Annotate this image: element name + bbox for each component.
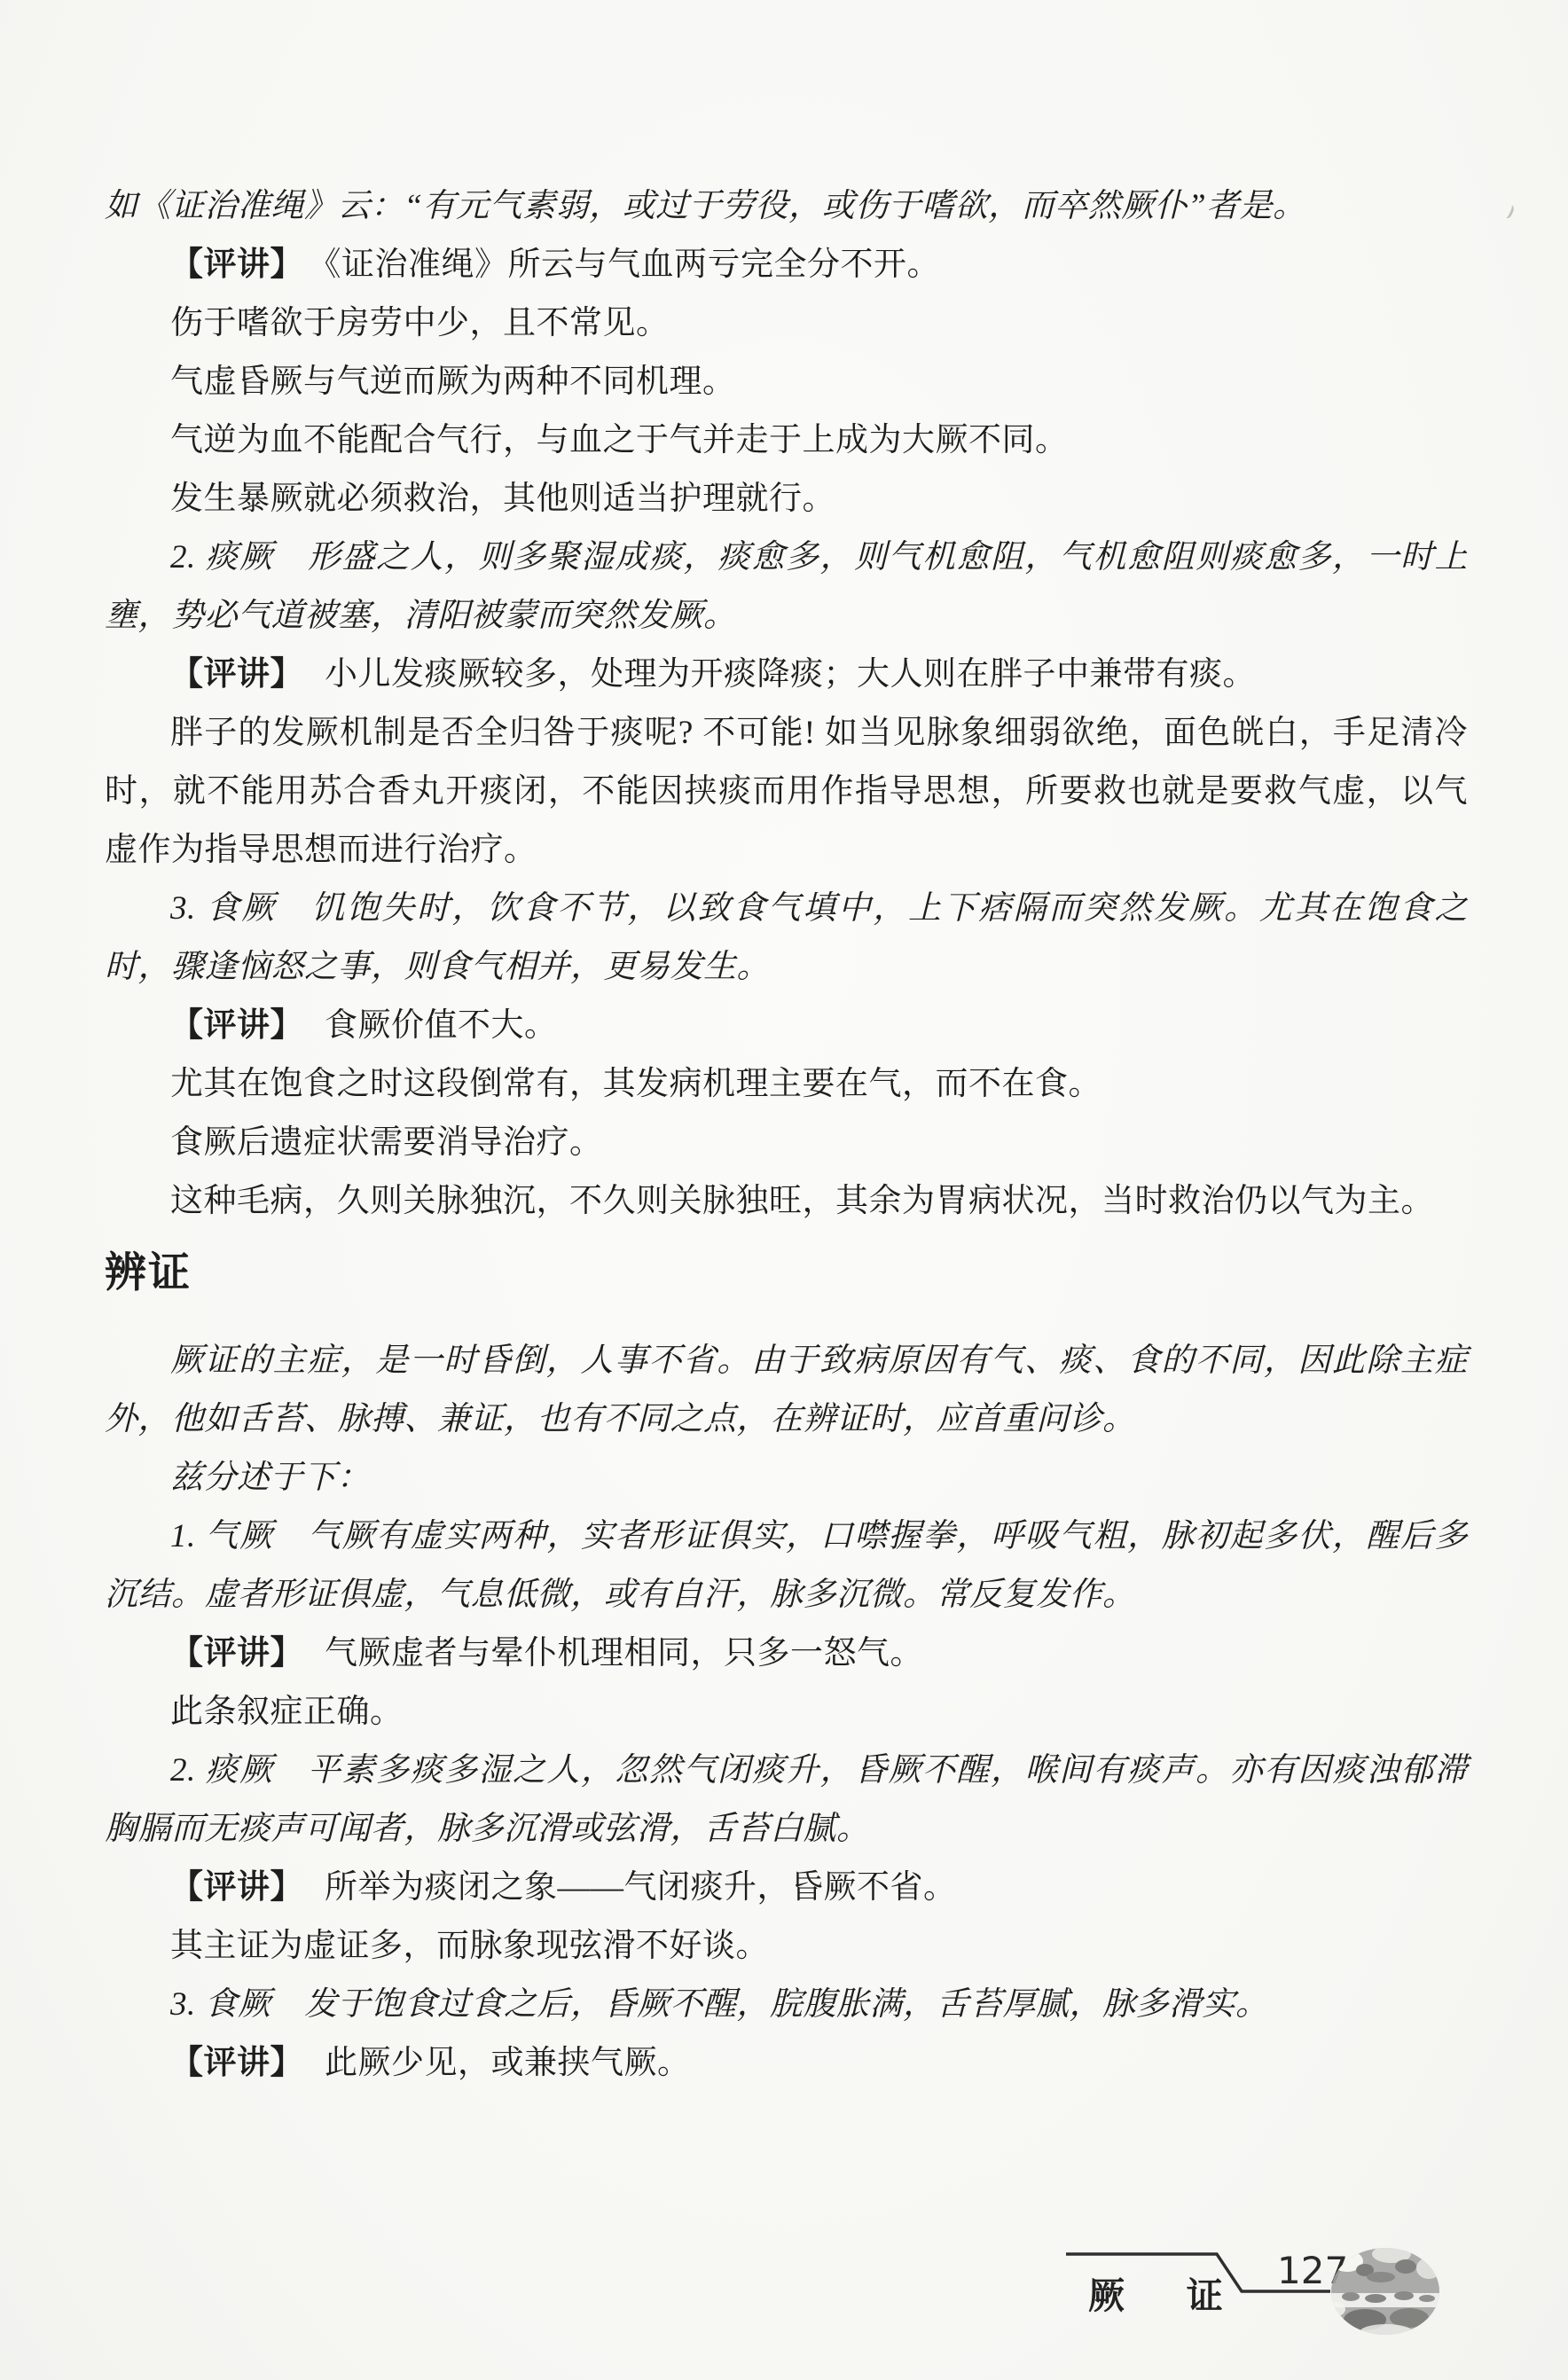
paragraph-text: 3. 食厥 发于饱食过食之后，昏厥不醒，脘腹胀满，舌苔厚腻，脉多滑实。 (170, 1986, 1269, 2023)
paragraph-text: 发生暴厥就必须救治，其他则适当护理就行。 (170, 481, 835, 517)
paragraph-text: 气虚昏厥与气逆而厥为两种不同机理。 (170, 364, 736, 400)
paragraph: 2. 痰厥 形盛之人，则多聚湿成痰，痰愈多，则气机愈阻，气机愈阻则痰愈多，一时上… (105, 528, 1468, 646)
paragraph-text: 《证治准绳》所云与气血两亏完全分不开。 (325, 247, 940, 283)
paragraph: 气虚昏厥与气逆而厥为两种不同机理。 (105, 353, 1468, 411)
paragraph-text: 伤于嗜欲于房劳中少，且不常见。 (170, 305, 670, 341)
paragraph-text: 所举为痰闭之象——气闭痰升，昏厥不省。 (325, 1869, 957, 1906)
scan-speck (1500, 202, 1515, 219)
paragraph: 发生暴厥就必须救治，其他则适当护理就行。 (105, 470, 1468, 528)
paragraph-text: 此厥少见，或兼挟气厥。 (325, 2045, 691, 2081)
footer-stamp-decoration (1329, 2247, 1441, 2337)
paragraph-text: 食厥后遗症状需要消导治疗。 (170, 1124, 603, 1161)
comment-label: 【评讲】 (170, 656, 303, 693)
page: 如《证治准绳》云：“有元气素弱，或过于劳役，或伤于嗜欲，而卒然厥仆”者是。【评讲… (0, 0, 1568, 2380)
paragraph-text: 气厥虚者与晕仆机理相同，只多一怒气。 (325, 1635, 923, 1671)
paragraph-text: 如《证治准绳》云：“有元气素弱，或过于劳役，或伤于嗜欲，而卒然厥仆”者是。 (105, 188, 1306, 224)
paragraph: 气逆为血不能配合气行，与血之于气并走于上成为大厥不同。 (105, 411, 1468, 470)
paragraph-text: 这种毛病，久则关脉独沉，不久则关脉独旺，其余为胃病状况，当时救治仍以气为主。 (170, 1183, 1434, 1219)
comment-label: 【评讲】 (170, 2045, 303, 2081)
paragraph-text: 胖子的发厥机制是否全归咎于痰呢? 不可能! 如当见脉象细弱欲绝，面色㿠白，手足清… (105, 715, 1468, 868)
paragraph: 胖子的发厥机制是否全归咎于痰呢? 不可能! 如当见脉象细弱欲绝，面色㿠白，手足清… (105, 704, 1468, 880)
paragraph-text: 尤其在饱食之时这段倒常有，其发病机理主要在气，而不在食。 (170, 1066, 1102, 1102)
paragraph: 此条叙症正确。 (105, 1683, 1468, 1742)
paragraph: 【评讲】小儿发痰厥较多，处理为开痰降痰；大人则在胖子中兼带有痰。 (105, 646, 1468, 704)
paragraph: 这种毛病，久则关脉独沉，不久则关脉独旺，其余为胃病状况，当时救治仍以气为主。 (105, 1172, 1468, 1231)
paragraph: 伤于嗜欲于房劳中少，且不常见。 (105, 294, 1468, 353)
paragraph: 【评讲】所举为痰闭之象——气闭痰升，昏厥不省。 (105, 1859, 1468, 1917)
paragraph-text: 此条叙症正确。 (170, 1694, 404, 1730)
section-continued-text: 如《证治准绳》云：“有元气素弱，或过于劳役，或伤于嗜欲，而卒然厥仆”者是。【评讲… (105, 177, 1468, 1231)
paragraph-text: 兹分述于下： (170, 1460, 370, 1496)
footer-rule (1060, 2242, 1344, 2304)
footer-chapter-title: 厥 证 (1088, 2266, 1235, 2319)
paragraph-text: 气逆为血不能配合气行，与血之于气并走于上成为大厥不同。 (170, 422, 1069, 458)
paragraph: 【评讲】气厥虚者与晕仆机理相同，只多一怒气。 (105, 1625, 1468, 1683)
comment-label: 【评讲】 (170, 247, 303, 283)
paragraph-text: 3. 食厥 饥饱失时，饮食不节，以致食气填中，上下痞隔而突然发厥。尤其在饱食之时… (105, 890, 1468, 985)
paragraph: 2. 痰厥 平素多痰多湿之人，忽然气闭痰升，昏厥不醒，喉间有痰声。亦有因痰浊郁滞… (105, 1742, 1468, 1859)
section-bianzheng: 厥证的主症，是一时昏倒，人事不省。由于致病原因有气、痰、食的不同，因此除主症外，… (105, 1332, 1468, 2093)
paragraph: 1. 气厥 气厥有虚实两种，实者形证俱实，口噤握拳，呼吸气粗，脉初起多伏，醒后多… (105, 1507, 1468, 1625)
paragraph-text: 其主证为虚证多，而脉象现弦滑不好谈。 (170, 1928, 769, 1964)
comment-label: 【评讲】 (170, 1869, 303, 1906)
paragraph: 【评讲】食厥价值不大。 (105, 997, 1468, 1055)
paragraph: 【评讲】《证治准绳》所云与气血两亏完全分不开。 (105, 236, 1468, 294)
paragraph: 食厥后遗症状需要消导治疗。 (105, 1114, 1468, 1172)
paragraph-text: 厥证的主症，是一时昏倒，人事不省。由于致病原因有气、痰、食的不同，因此除主症外，… (105, 1343, 1468, 1437)
paragraph: 3. 食厥 饥饱失时，饮食不节，以致食气填中，上下痞隔而突然发厥。尤其在饱食之时… (105, 880, 1468, 997)
paragraph: 尤其在饱食之时这段倒常有，其发病机理主要在气，而不在食。 (105, 1055, 1468, 1114)
paragraph-text: 小儿发痰厥较多，处理为开痰降痰；大人则在胖子中兼带有痰。 (325, 656, 1256, 693)
section-heading: 辨证 (105, 1247, 1468, 1298)
paragraph: 【评讲】此厥少见，或兼挟气厥。 (105, 2034, 1468, 2093)
paragraph-text: 2. 痰厥 形盛之人，则多聚湿成痰，痰愈多，则气机愈阻，气机愈阻则痰愈多，一时上… (105, 539, 1468, 634)
paragraph: 其主证为虚证多，而脉象现弦滑不好谈。 (105, 1917, 1468, 1976)
paragraph: 如《证治准绳》云：“有元气素弱，或过于劳役，或伤于嗜欲，而卒然厥仆”者是。 (105, 177, 1468, 236)
paragraph: 厥证的主症，是一时昏倒，人事不省。由于致病原因有气、痰、食的不同，因此除主症外，… (105, 1332, 1468, 1449)
paragraph: 兹分述于下： (105, 1449, 1468, 1507)
paragraph-text: 1. 气厥 气厥有虚实两种，实者形证俱实，口噤握拳，呼吸气粗，脉初起多伏，醒后多… (105, 1518, 1468, 1613)
article: 如《证治准绳》云：“有元气素弱，或过于劳役，或伤于嗜欲，而卒然厥仆”者是。【评讲… (105, 177, 1468, 2093)
paragraph-text: 2. 痰厥 平素多痰多湿之人，忽然气闭痰升，昏厥不醒，喉间有痰声。亦有因痰浊郁滞… (105, 1752, 1468, 1847)
paragraph: 3. 食厥 发于饱食过食之后，昏厥不醒，脘腹胀满，舌苔厚腻，脉多滑实。 (105, 1976, 1468, 2034)
footer-page-number: 127 (1277, 2249, 1348, 2292)
comment-label: 【评讲】 (170, 1007, 303, 1044)
paragraph-text: 食厥价值不大。 (325, 1007, 558, 1044)
comment-label: 【评讲】 (170, 1635, 303, 1671)
